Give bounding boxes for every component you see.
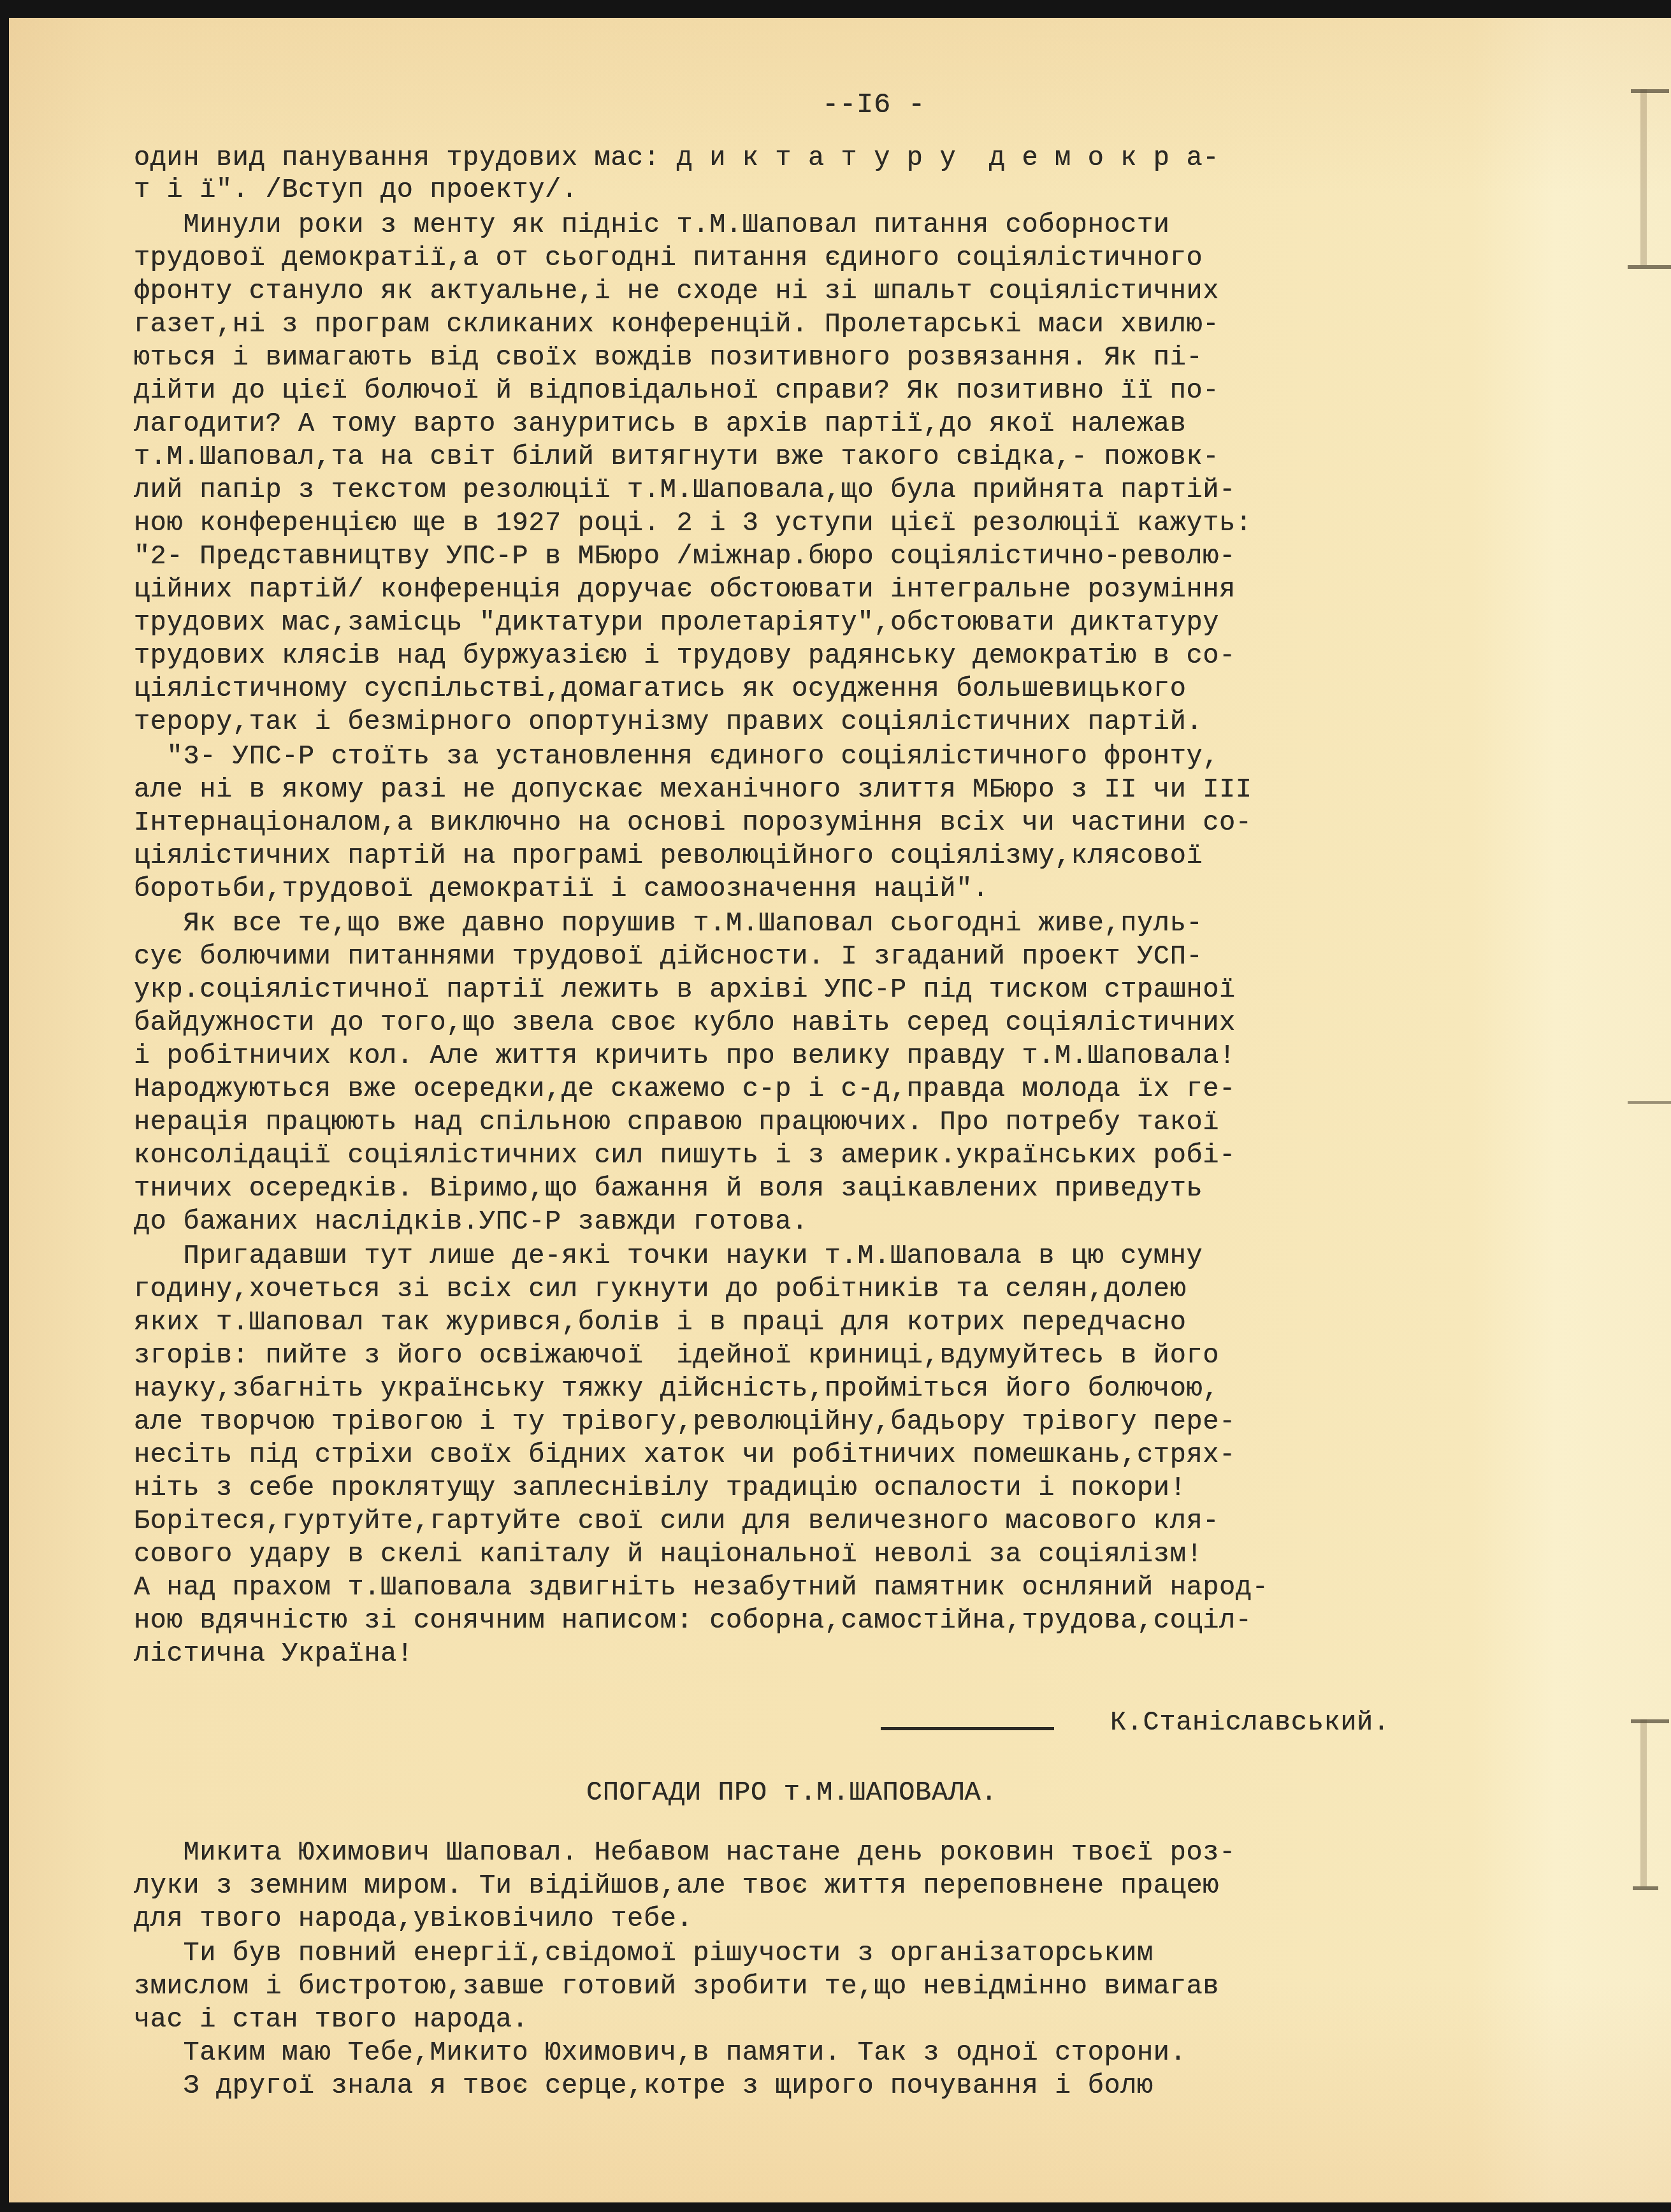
text-line: науку,збагніть українську тяжку дійсніст…	[134, 1373, 1219, 1405]
text-line: один вид панування трудових мас: д и к т…	[134, 142, 1219, 174]
text-line: Інтернаціоналом,а виключно на основі пор…	[134, 807, 1252, 839]
text-line: трудових клясів над буржуазією і трудову…	[134, 640, 1236, 672]
text-line: лий папір з текстом резолюції т.М.Шапова…	[134, 474, 1236, 506]
text-line: ються і вимагають від своїх вождів позит…	[134, 342, 1203, 373]
binding-tick	[1628, 265, 1671, 269]
text-line: але творчою трівогою і ту трівогу,револю…	[134, 1406, 1236, 1438]
text-line: ціялістичному суспільстві,домагатись як …	[134, 673, 1186, 705]
text-line: "2- Представництву УПС-Р в МБюро /міжнар…	[134, 540, 1236, 572]
text-line: трудових мас,замісць "диктатури пролетар…	[134, 607, 1219, 639]
text-line: Минули роки з менту як підніс т.М.Шапова…	[134, 209, 1170, 241]
text-line: до бажаних наслідків.УПС-Р завжди готова…	[134, 1206, 808, 1238]
text-line: ною конференцією ще в 1927 році. 2 і 3 у…	[134, 507, 1252, 539]
text-line: сує болючими питаннями трудової дійсност…	[134, 941, 1203, 972]
binding-mark-bottom	[1640, 1719, 1647, 1886]
text-line: несіть під стріхи своїх бідних хаток чи …	[134, 1439, 1236, 1471]
text-line: для твого народа,увіковічило тебе.	[134, 1903, 693, 1935]
text-line: А над прахом т.Шаповала здвигніть незабу…	[134, 1572, 1268, 1603]
text-line: "3- УПС-Р стоїть за установлення єдиного…	[134, 741, 1219, 772]
text-line: Пригадавши тут лише де-які точки науки т…	[134, 1240, 1203, 1272]
document-page: --I6 - один вид панування трудових мас: …	[9, 18, 1671, 2202]
text-line: фронту стануло як актуальне,і не сходе н…	[134, 275, 1219, 307]
text-line: лагодити? А тому варто зануритись в архі…	[134, 408, 1186, 440]
text-line: Народжуються вже осередки,де скажемо с-р…	[134, 1073, 1236, 1105]
page-number: --I6 -	[822, 89, 925, 121]
text-line: ціялістичних партій на програмі революці…	[134, 840, 1203, 872]
text-line: трудової демократії,а от сьогодні питанн…	[134, 242, 1203, 274]
text-line: тничих осередків. Віримо,що бажання й во…	[134, 1173, 1203, 1204]
text-line: З другої знала я твоє серце,котре з щиро…	[134, 2070, 1154, 2102]
text-line: час і стан твого народа.	[134, 2004, 528, 2035]
text-line: Борітеся,гуртуйте,гартуйте свої сили для…	[134, 1505, 1219, 1537]
text-line: згорів: пийте з його освіжаючої ідейної …	[134, 1340, 1219, 1371]
text-line: дійти до цієї болючої й відповідальної с…	[134, 375, 1219, 407]
binding-tick	[1631, 1719, 1669, 1723]
text-line: ною вдячністю зі сонячним написом: собор…	[134, 1605, 1252, 1637]
text-line: нерація працюють над спільною справою пр…	[134, 1106, 1219, 1138]
text-line: газет,ні з програм скликаних конференцій…	[134, 308, 1219, 340]
text-line: але ні в якому разі не допускає механічн…	[134, 774, 1252, 806]
text-line: Ти був повний енергії,свідомої рішучости…	[134, 1937, 1154, 1969]
separator-rule	[881, 1727, 1054, 1730]
binding-tick	[1633, 1886, 1658, 1890]
author-signature: К.Станіславський.	[1110, 1707, 1390, 1739]
text-line: луки з земним миром. Ти відійшов,але тво…	[134, 1870, 1219, 1902]
text-line: Таким маю Тебе,Микито Юхимович,в памяти.…	[134, 2037, 1186, 2069]
text-line: байдужности до того,що звела своє кубло …	[134, 1007, 1236, 1039]
text-line: сового удару в скелі капіталу й націонал…	[134, 1538, 1203, 1570]
text-line: Микита Юхимович Шаповал. Небавом настане…	[134, 1837, 1236, 1869]
binding-mark-mid	[1628, 1101, 1671, 1104]
text-line: і робітничих кол. Але життя кричить про …	[134, 1040, 1236, 1072]
text-line: ційних партій/ конференція доручає обсто…	[134, 574, 1236, 605]
text-line: консолідації соціялістичних сил пишуть і…	[134, 1139, 1236, 1171]
text-line: змислом і бистротою,завше готовий зробит…	[134, 1970, 1219, 2002]
text-line: годину,хочеться зі всіх сил гукнути до р…	[134, 1273, 1186, 1305]
text-line: боротьби,трудової демократії і самоознач…	[134, 873, 989, 905]
section-heading: СПОГАДИ ПРО т.М.ШАПОВАЛА.	[586, 1777, 997, 1809]
text-line: укр.соціялістичної партії лежить в архів…	[134, 974, 1236, 1006]
text-line: ніть з себе проклятущу заплеснівілу трад…	[134, 1472, 1186, 1504]
text-line: т.М.Шаповал,та на світ білий витягнути в…	[134, 441, 1219, 473]
text-line: терору,так і безмірного опортунізму прав…	[134, 706, 1203, 738]
binding-tick	[1631, 89, 1669, 93]
text-line: Як все те,що вже давно порушив т.М.Шапов…	[134, 907, 1203, 939]
text-line: яких т.Шаповал так журився,болів і в пра…	[134, 1306, 1186, 1338]
text-line: лістична Україна!	[134, 1638, 414, 1670]
binding-mark-top	[1640, 89, 1647, 265]
text-line: т і ї". /Вступ до проекту/.	[134, 174, 578, 206]
